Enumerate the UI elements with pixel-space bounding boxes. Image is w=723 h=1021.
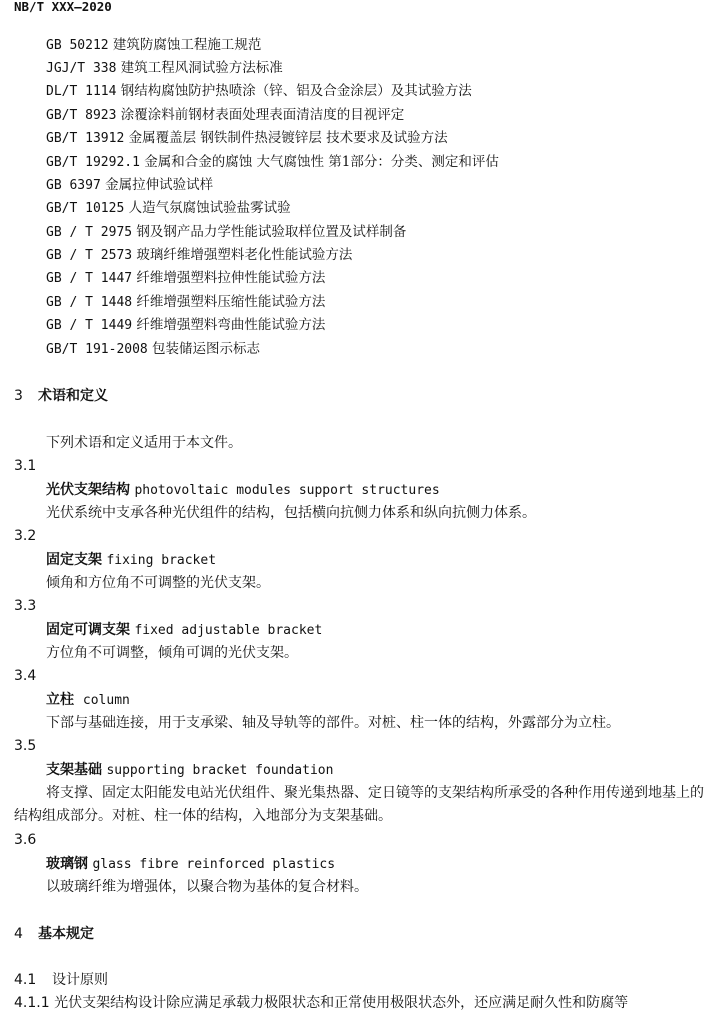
- section-4-heading: 4基本规定: [14, 925, 94, 943]
- term-title: 玻璃钢 glass fibre reinforced plastics: [46, 855, 335, 874]
- reference-item: GB/T 191-2008 包装储运图示标志: [46, 341, 260, 358]
- reference-item: GB 50212 建筑防腐蚀工程施工规范: [46, 37, 261, 54]
- term-number: 3.6: [14, 831, 36, 849]
- term-definition: 方位角不可调整，倾角可调的光伏支架。: [46, 644, 298, 662]
- reference-item: GB/T 13912 金属覆盖层 钢铁制件热浸镀锌层 技术要求及试验方法: [46, 130, 448, 147]
- reference-item: GB 6397 金属拉伸试验试样: [46, 177, 213, 194]
- term-title: 固定支架 fixing bracket: [46, 551, 216, 570]
- reference-item: DL/T 1114 钢结构腐蚀防护热喷涂（锌、铝及合金涂层）及其试验方法: [46, 83, 472, 100]
- reference-item: JGJ/T 338 建筑工程风洞试验方法标准: [46, 60, 283, 77]
- reference-item: GB/T 19292.1 金属和合金的腐蚀 大气腐蚀性 第1部分：分类、测定和评…: [46, 154, 499, 171]
- term-number: 3.2: [14, 527, 36, 545]
- reference-item: GB/T 10125 人造气氛腐蚀试验盐雾试验: [46, 200, 291, 217]
- section-3-intro: 下列术语和定义适用于本文件。: [46, 434, 242, 452]
- reference-item: GB / T 1449 纤维增强塑料弯曲性能试验方法: [46, 317, 325, 334]
- term-title: 支架基础 supporting bracket foundation: [46, 761, 333, 780]
- reference-item: GB / T 1448 纤维增强塑料压缩性能试验方法: [46, 294, 325, 311]
- term-title: 光伏支架结构 photovoltaic modules support stru…: [46, 481, 440, 500]
- term-definition: 倾角和方位角不可调整的光伏支架。: [46, 574, 270, 592]
- section-3-heading: 3术语和定义: [14, 387, 108, 405]
- term-title: 立柱 column: [46, 691, 130, 710]
- term-number: 3.1: [14, 457, 36, 475]
- term-number: 3.4: [14, 667, 36, 685]
- standard-id-header: NB/T XXX—2020: [14, 0, 112, 14]
- term-definition: 将支撑、固定太阳能发电站光伏组件、聚光集热器、定日镜等的支架结构所承受的各种作用…: [14, 782, 714, 828]
- clause-4-1-1: 4.1.1 光伏支架结构设计除应满足承载力极限状态和正常使用极限状态外，还应满足…: [14, 994, 628, 1012]
- term-definition: 下部与基础连接，用于支承梁、轴及导轨等的部件。对桩、柱一体的结构，外露部分为立柱…: [46, 714, 620, 732]
- reference-item: GB/T 8923 涂覆涂料前钢材表面处理表面清洁度的目视评定: [46, 107, 404, 124]
- term-definition: 光伏系统中支承各种光伏组件的结构，包括横向抗侧力体系和纵向抗侧力体系。: [46, 504, 536, 522]
- reference-item: GB / T 2975 钢及钢产品力学性能试验取样位置及试样制备: [46, 224, 406, 241]
- reference-item: GB / T 1447 纤维增强塑料拉伸性能试验方法: [46, 270, 325, 287]
- term-number: 3.3: [14, 597, 36, 615]
- term-definition: 以玻璃纤维为增强体，以聚合物为基体的复合材料。: [46, 878, 368, 896]
- subsection-4-1-heading: 4.1设计原则: [14, 971, 108, 989]
- term-number: 3.5: [14, 737, 36, 755]
- reference-item: GB / T 2573 玻璃纤维增强塑料老化性能试验方法: [46, 247, 352, 264]
- term-title: 固定可调支架 fixed adjustable bracket: [46, 621, 322, 640]
